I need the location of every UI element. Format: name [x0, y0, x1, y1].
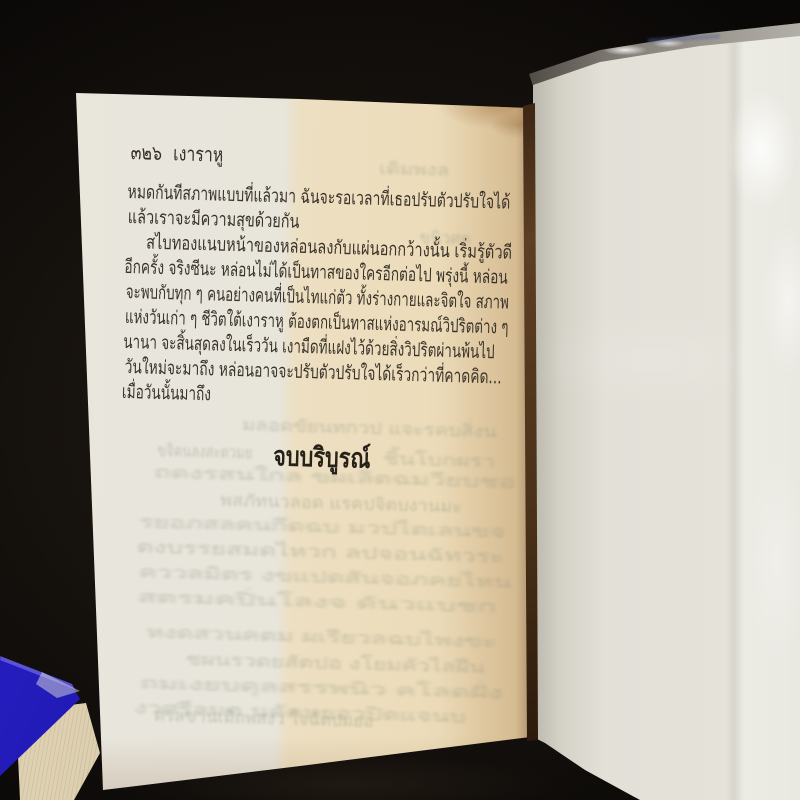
- book-title: เงาราหู: [173, 141, 224, 166]
- page-text: เดิมพงล ขนิวศต มลอดขัยนทกวป แจะรคบสิ่งน …: [113, 140, 530, 771]
- ghost-showthrough-line: ชผนรวดยสัตปอ งโยมคัวไลฝึน: [185, 650, 485, 679]
- body-line-2: แล้วเราจะมีความสุขด้วยกัน: [127, 206, 299, 235]
- cover-glare-streak: [648, 33, 720, 43]
- ghost-showthrough-line: หงดสวนคตม ผเรียวลฉบไพงขะ: [146, 623, 497, 653]
- ghost-showthrough-line: สตรมคปิ่นโลงจ ดันวแบชก: [137, 587, 497, 617]
- ghost-showthrough-line: พสภัทนวลอด แรคปจิตบงานมะ: [220, 491, 463, 518]
- ghost-showthrough-line: ขจิตนลงสะดวมย: [157, 441, 253, 464]
- ghost-showthrough-line: มลอดขัยนทกวป แจะรคบสิ่งน: [242, 415, 497, 443]
- ghost-showthrough-line: เดิมพงล: [379, 159, 450, 181]
- the-end-mark: จบบริบูรณ์: [273, 440, 371, 476]
- page-header: ๓๒๖เงาราหู: [130, 140, 223, 168]
- book-photograph: เดิมพงล ขนิวศต มลอดขัยนทกวป แจะรคบสิ่งน …: [0, 0, 800, 800]
- page-number: ๓๒๖: [130, 140, 162, 165]
- body-line-9: เมื่อวันนั้นมาถึง: [122, 381, 212, 407]
